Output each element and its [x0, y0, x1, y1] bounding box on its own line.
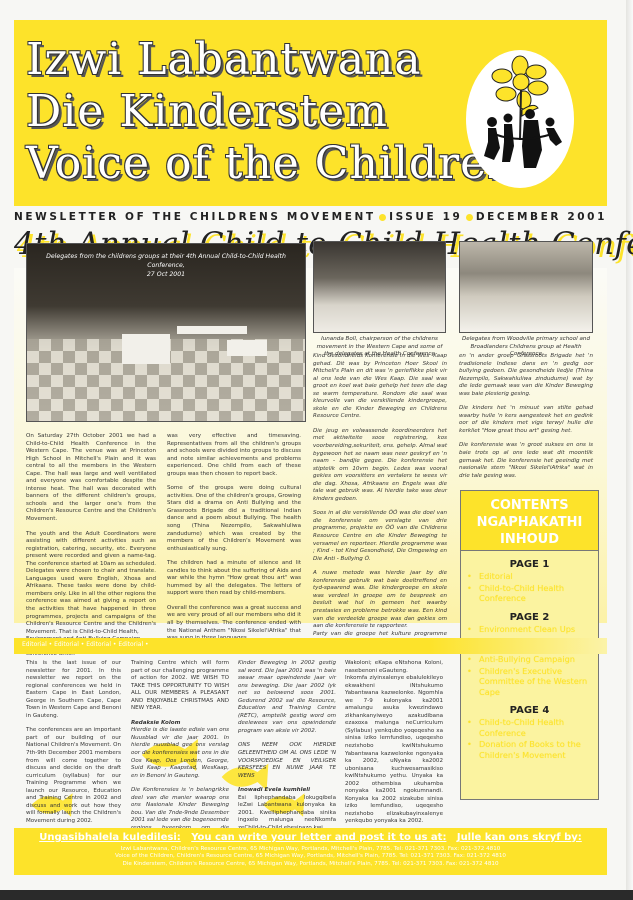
newsletter-label: NEWSLETTER OF THE CHILDRENS MOVEMENT [14, 211, 376, 223]
title-english: Voice of the Children [26, 138, 517, 190]
contents-item[interactable]: Child-to-Child Health Conference [461, 717, 598, 738]
title-afrikaans: Die Kinderstem [26, 86, 517, 138]
issue-number: ISSUE 19 [389, 211, 462, 223]
address-line: Die Kinderstem, Children's Resource Cent… [14, 861, 607, 868]
contents-title-af: INHOUD [461, 531, 598, 548]
bullet-dot-icon [379, 214, 386, 221]
footer-heading-english: You can write your letter and post it to… [191, 832, 446, 843]
table-shape [177, 326, 247, 334]
page-fold [626, 0, 633, 900]
photo-caption: Delegates from the childrens groups at t… [27, 252, 305, 279]
footer-headings: Ungasibhalela kuledilesi: You can write … [14, 828, 607, 843]
footer-address-band: Ungasibhalela kuledilesi: You can write … [14, 828, 607, 875]
issue-date: DECEMBER 2001 [476, 211, 607, 223]
contents-item[interactable]: Child-to-Child Health Conference [461, 583, 598, 604]
photo-chairperson [313, 241, 446, 333]
table-shape [122, 334, 170, 364]
footer-addresses: Izwi Labantwana, Children's Resource Cen… [14, 846, 607, 868]
article-afrikaans-col1: Kind Gesondheids Konferensie in die Wes … [313, 353, 447, 653]
masthead-title: Izwi Labantwana Die Kinderstem Voice of … [26, 34, 517, 190]
contents-item[interactable]: Donation of Books to the Children's Move… [461, 739, 598, 760]
contents-item[interactable]: Editorial [461, 571, 598, 582]
masthead: Izwi Labantwana Die Kinderstem Voice of … [14, 20, 607, 206]
contents-title-en: CONTENTS [461, 497, 598, 514]
flower-children-logo-icon [466, 50, 574, 188]
photo-delegates-woodville [459, 241, 593, 333]
article-english-col1: On Saturday 27th October 2001 we had a C… [26, 433, 156, 659]
table-shape [227, 340, 267, 356]
address-line: Voice of the Children, Children's Resour… [14, 853, 607, 860]
subhead-strip: NEWSLETTER OF THE CHILDRENS MOVEMENT ISS… [14, 211, 607, 223]
address-line: Izwi Labantwana, Children's Resource Cen… [14, 846, 607, 853]
editorial-band: Editorial • Editorial • Editorial • Edit… [14, 638, 607, 654]
contents-item[interactable]: Anti-Bullying Campaign [461, 654, 598, 665]
contents-item[interactable]: Children's Executive Committee of the We… [461, 666, 598, 698]
contents-page-label: PAGE 4 [461, 705, 598, 716]
contents-item[interactable]: Environment Clean Ups [461, 624, 598, 635]
bullet-dot-icon [466, 214, 473, 221]
article-afrikaans-col2: en 'n ander groep Grassroots Brigade het… [459, 353, 593, 487]
footer-heading-xhosa: Ungasibhalela kuledilesi: [39, 832, 181, 843]
newsletter-page: Izwi Labantwana Die Kinderstem Voice of … [0, 0, 633, 900]
contents-page-label: PAGE 1 [461, 559, 598, 570]
contents-title-xh: NGAPHAKATHI [461, 514, 598, 531]
contents-page-label: PAGE 2 [461, 612, 598, 623]
article-english-col2: was very effective and timesaving. Repre… [167, 433, 301, 658]
photo-conference-hall: Delegates from the childrens groups at t… [26, 243, 306, 422]
footer-heading-afrikaans: Julle kan ons skryf by: [457, 832, 582, 843]
editorial-band-label: Editorial • Editorial • Editorial • Edit… [22, 641, 149, 648]
contents-heading: CONTENTS NGAPHAKATHI INHOUD [461, 491, 598, 551]
title-xhosa: Izwi Labantwana [26, 34, 517, 86]
scan-edge-bar [0, 890, 633, 900]
